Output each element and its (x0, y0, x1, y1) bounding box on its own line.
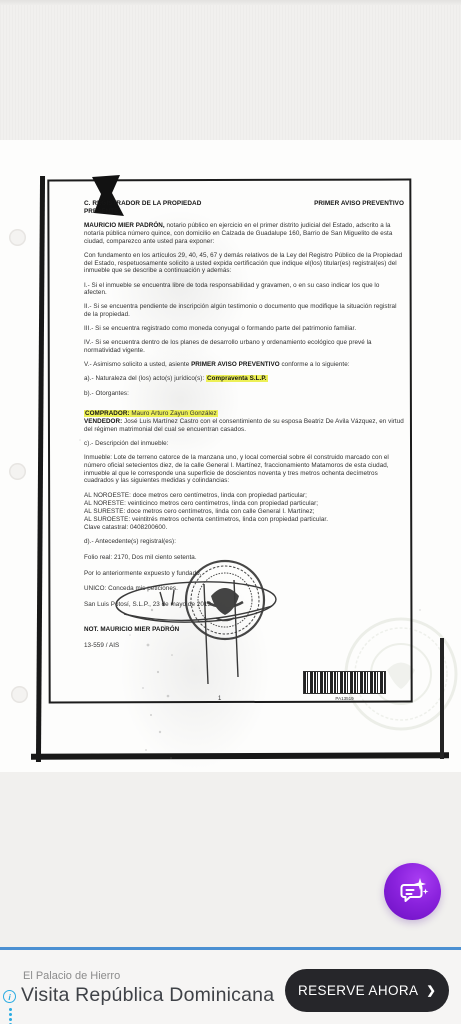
ai-assistant-fab[interactable] (384, 863, 441, 920)
reserve-button[interactable]: RESERVE AHORA ❯ (285, 969, 449, 1012)
barcode (303, 671, 386, 694)
more-options-icon[interactable] (9, 1008, 12, 1024)
barcode-label: PA13519 (303, 696, 386, 701)
ad-brand: El Palacio de Hierro (23, 970, 120, 982)
page-number: 1 (218, 696, 221, 702)
status-bar-edge (0, 0, 461, 5)
info-glyph: i (8, 992, 10, 1002)
scan-noise (0, 140, 461, 772)
app-background (0, 0, 461, 140)
ad-headline: Visita República Dominicana (21, 984, 274, 1007)
ad-banner[interactable]: i El Palacio de Hierro Visita República … (0, 947, 461, 1024)
ad-info-icon[interactable]: i (3, 990, 16, 1003)
sparkle-chat-icon (396, 875, 430, 909)
ad-top-border (0, 947, 461, 950)
chevron-right-icon: ❯ (426, 984, 436, 997)
scanned-document-page: C. REGISTRADOR DE LA PROPIEDAD PRIMER AV… (0, 140, 461, 772)
reserve-button-label: RESERVE AHORA (298, 983, 419, 998)
